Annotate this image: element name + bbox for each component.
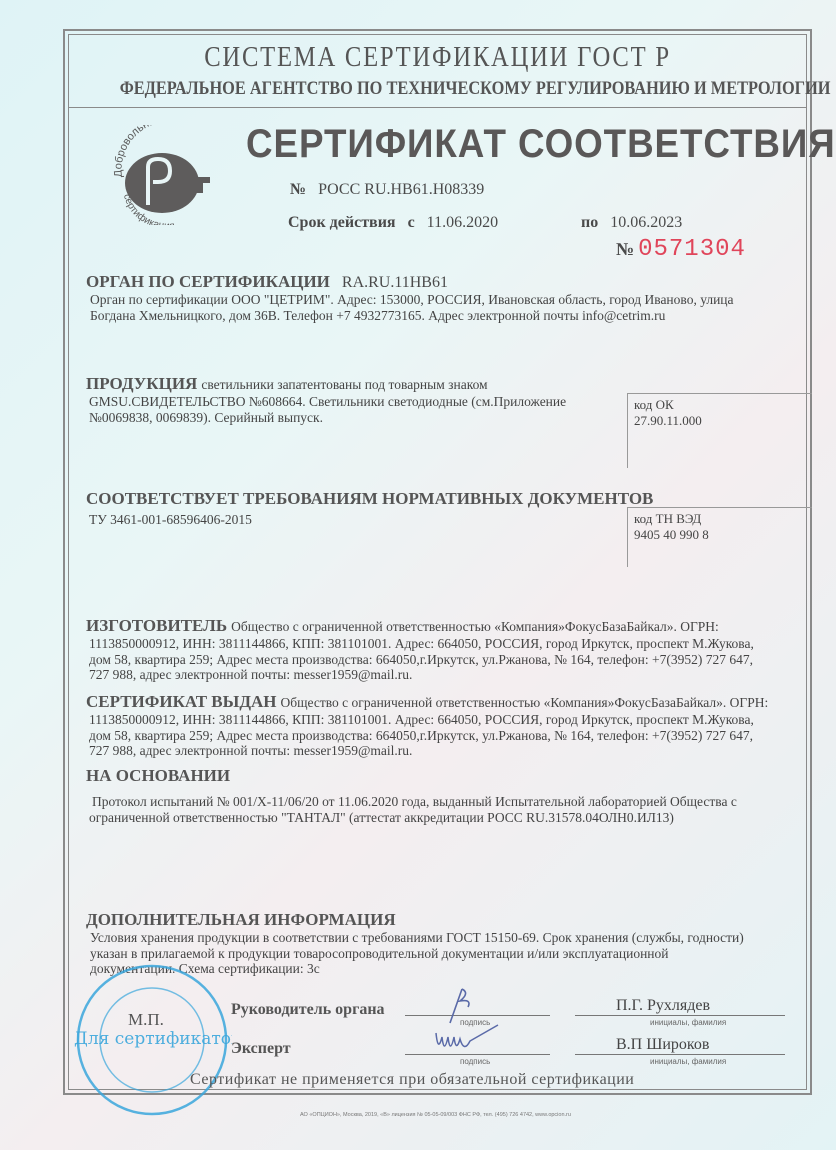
certification-body-section: ОРГАН ПО СЕРТИФИКАЦИИ RA.RU.11НВ61 Орган… xyxy=(86,272,734,323)
to-date: 10.06.2023 xyxy=(610,214,682,231)
from-label: с xyxy=(408,214,415,231)
okpd-code-label: код ОК xyxy=(634,397,812,413)
stamp-seal-icon: Для сертификатов xyxy=(72,960,232,1120)
issued-to-line3: дом 58, квартира 259; Адрес места произв… xyxy=(89,728,768,744)
head-of-body-label: Руководитель органа xyxy=(231,1001,385,1019)
issued-to-heading: СЕРТИФИКАТ ВЫДАН xyxy=(86,692,277,711)
okpd-code-box: код ОК 27.90.11.000 xyxy=(627,393,812,468)
tnved-code-label: код ТН ВЭД xyxy=(634,511,812,527)
number-sign: № xyxy=(290,181,306,198)
certification-body-line1: Орган по сертификации ООО "ЦЕТРИМ". Адре… xyxy=(90,292,734,308)
expert-name-caption: инициалы, фамилия xyxy=(650,1057,726,1066)
additional-info-heading: ДОПОЛНИТЕЛЬНАЯ ИНФОРМАЦИЯ xyxy=(86,910,744,930)
okpd-code-value: 27.90.11.000 xyxy=(634,413,812,429)
basis-line1: Протокол испытаний № 001/Х-11/06/20 от 1… xyxy=(92,794,737,810)
validity-end: по 10.06.2023 xyxy=(581,214,682,232)
blank-number-sign: № xyxy=(616,239,634,259)
validity-label: Срок действия xyxy=(288,214,396,231)
head-name-line xyxy=(575,1015,785,1016)
expert-signature-caption: подпись xyxy=(460,1057,490,1066)
manufacturer-line2: 1113850000912, ИНН: 3811144866, КПП: 381… xyxy=(89,636,754,652)
rst-logo-icon: Добровольная сертификация xyxy=(110,125,225,225)
certification-body-line2: Богдана Хмельницкого, дом 36В. Телефон +… xyxy=(90,308,734,324)
issued-to-section: СЕРТИФИКАТ ВЫДАН Общество с ограниченной… xyxy=(86,692,768,759)
certification-body-heading: ОРГАН ПО СЕРТИФИКАЦИИ xyxy=(86,272,330,291)
product-line3: №0069838, 0069839). Серийный выпуск. xyxy=(89,410,566,426)
conformity-heading: СООТВЕТСТВУЕТ ТРЕБОВАНИЯМ НОРМАТИВНЫХ ДО… xyxy=(86,489,653,509)
manufacturer-line1: Общество с ограниченной ответственностью… xyxy=(231,619,719,634)
issued-to-line4: 727 988, адрес электронной почты: messer… xyxy=(89,743,768,759)
basis-section: НА ОСНОВАНИИ Протокол испытаний № 001/Х-… xyxy=(86,766,737,825)
certificate-number-row: № РОСС RU.НВ61.Н08339 xyxy=(290,181,484,199)
from-date: 11.06.2020 xyxy=(427,214,498,231)
expert-label: Эксперт xyxy=(231,1040,291,1058)
validity-row: Срок действия с 11.06.2020 xyxy=(288,214,498,232)
certificate-title: СЕРТИФИКАТ СООТВЕТСТВИЯ xyxy=(246,122,836,167)
manufacturer-heading: ИЗГОТОВИТЕЛЬ xyxy=(86,616,227,635)
blank-number-row: № 0571304 xyxy=(616,236,746,263)
agency-title: ФЕДЕРАЛЬНОЕ АГЕНТСТВО ПО ТЕХНИЧЕСКОМУ РЕ… xyxy=(120,78,756,100)
additional-info-line2: указан в прилагаемой к продукции товарос… xyxy=(90,946,744,962)
head-name-caption: инициалы, фамилия xyxy=(650,1018,726,1027)
basis-line2: ограниченной ответственностью "ТАНТАЛ" (… xyxy=(89,810,737,826)
manufacturer-line4: 727 988, адрес электронной почты: messer… xyxy=(89,667,754,683)
tnved-code-box: код ТН ВЭД 9405 40 990 8 xyxy=(627,507,812,567)
voluntary-notice: Сертификат не применяется при обязательн… xyxy=(190,1071,634,1089)
product-section: ПРОДУКЦИЯ светильники запатентованы под … xyxy=(86,374,566,425)
issued-to-line1: Общество с ограниченной ответственностью… xyxy=(281,695,769,710)
to-label: по xyxy=(581,214,598,231)
conformity-section: СООТВЕТСТВУЕТ ТРЕБОВАНИЯМ НОРМАТИВНЫХ ДО… xyxy=(86,489,653,528)
certificate-number: РОСС RU.НВ61.Н08339 xyxy=(318,181,484,198)
additional-info-line1: Условия хранения продукции в соответстви… xyxy=(90,930,744,946)
header-divider xyxy=(68,107,807,108)
expert-name-line xyxy=(575,1054,785,1055)
product-line2: GMSU.СВИДЕТЕЛЬСТВО №608664. Светильники … xyxy=(89,394,566,410)
stamp-text: Для сертификатов xyxy=(74,1029,232,1049)
manufacturer-section: ИЗГОТОВИТЕЛЬ Общество с ограниченной отв… xyxy=(86,616,754,683)
certification-body-code: RA.RU.11НВ61 xyxy=(342,274,448,291)
manufacturer-line3: дом 58, квартира 259; Адрес места произв… xyxy=(89,652,754,668)
stamp-place-label: М.П. xyxy=(128,1010,164,1030)
printer-footer: АО «ОПЦИОН», Москва, 2019, «В» лицензия … xyxy=(300,1112,571,1118)
product-heading: ПРОДУКЦИЯ xyxy=(86,374,197,393)
normative-document: ТУ 3461-001-68596406-2015 xyxy=(89,512,653,528)
tnved-code-value: 9405 40 990 8 xyxy=(634,527,812,543)
product-line1: светильники запатентованы под товарным з… xyxy=(201,377,487,392)
issued-to-line2: 1113850000912, ИНН: 3811144866, КПП: 381… xyxy=(89,712,768,728)
system-title: СИСТЕМА СЕРТИФИКАЦИИ ГОСТ Р xyxy=(112,42,762,74)
blank-number: 0571304 xyxy=(638,236,746,263)
head-name: П.Г. Рухлядев xyxy=(616,997,710,1015)
expert-name: В.П Широков xyxy=(616,1036,709,1054)
expert-signature-icon xyxy=(430,1023,510,1061)
basis-heading: НА ОСНОВАНИИ xyxy=(86,766,737,786)
